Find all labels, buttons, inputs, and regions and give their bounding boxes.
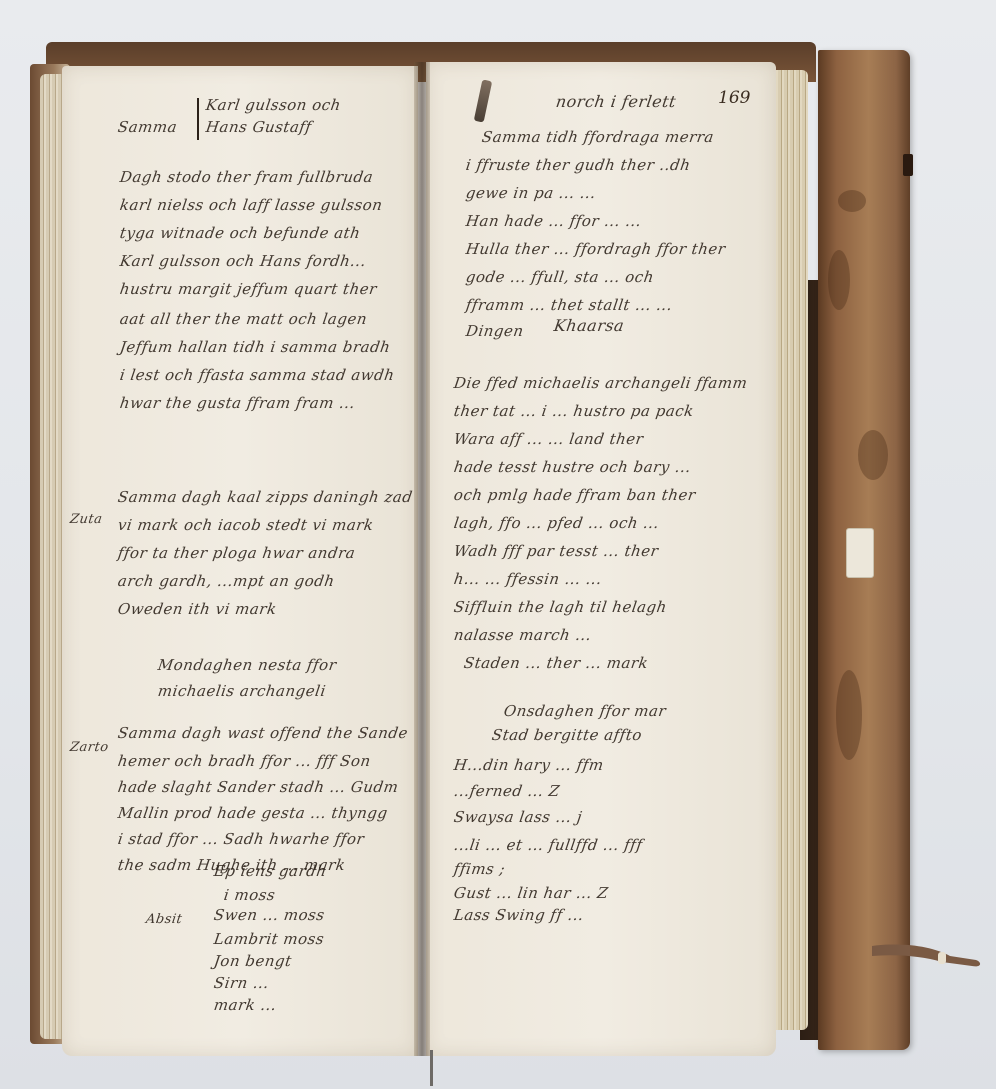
handwritten-line: H...din hary ... ffm: [453, 756, 605, 774]
handwritten-line: Oweden ith vi mark: [117, 600, 278, 618]
gutter: [414, 62, 430, 1056]
handwritten-line: aat all ther the matt och lagen: [119, 310, 369, 328]
handwritten-line: gewe in pa ... ...: [465, 184, 597, 202]
margin-note: Zarto: [69, 740, 110, 755]
handwritten-line: mark ...: [213, 996, 278, 1014]
handwritten-line: Dagh stodo ther fram fullbruda: [119, 168, 375, 186]
section-heading: Khaarsa: [553, 316, 626, 335]
handwritten-line: hemer och bradh ffor ... fff Son: [117, 752, 372, 770]
handwritten-line: i ffruste ther gudh ther ..dh: [465, 156, 692, 174]
handwritten-line: i moss: [223, 886, 277, 904]
handwritten-line: hade slaght Sander stadh ... Gudm: [117, 778, 400, 796]
handwritten-line: Samma dagh wast offend the Sande: [117, 724, 409, 742]
handwritten-line: Stad bergitte affto: [491, 726, 644, 744]
handwritten-line: tyga witnade och befunde ath: [119, 224, 362, 242]
margin-note: Samma: [117, 118, 179, 136]
handwritten-line: h... ... ffessin ... ...: [453, 570, 603, 588]
handwritten-line: Hulla ther ... ffordragh ffor ther: [465, 240, 727, 258]
handwritten-line: Mondaghen nesta ffor: [157, 656, 338, 674]
handwritten-line: ffor ta ther ploga hwar andra: [117, 544, 357, 562]
handwritten-line: ...ferned ... Z: [453, 782, 561, 800]
handwritten-line: i stad ffor ... Sadh hwarhe ffor: [117, 830, 366, 848]
handwritten-line: Gust ... lin har ... Z: [453, 884, 610, 902]
handwritten-line: Jeffum hallan tidh i samma bradh: [119, 338, 392, 356]
handwritten-line: Lambrit moss: [213, 930, 326, 948]
handwritten-line: Siffluin the lagh til helagh: [453, 598, 668, 616]
handwritten-line: ther tat ... i ... hustro pa pack: [453, 402, 695, 420]
margin-note: Zuta: [69, 512, 103, 527]
handwritten-line: hustru margit jeffum quart ther: [119, 280, 378, 298]
handwritten-line: Die ffed michaelis archangeli ffamm: [453, 374, 749, 392]
manuscript-photo: Samma Zuta Zarto Absit norch i ferlett 1…: [0, 0, 996, 1089]
handwritten-line: Mallin prod hade gesta ... thyngg: [117, 804, 389, 822]
handwritten-line: Wara aff ... ... land ther: [453, 430, 645, 448]
handwritten-line: gode ... ffull, sta ... och: [465, 268, 655, 286]
handwritten-line: ...li ... et ... fullffd ... fff: [453, 836, 644, 854]
handwritten-line: Han hade ... ffor ... ...: [465, 212, 643, 230]
handwritten-line: Hans Gustaff: [205, 118, 313, 136]
handwritten-line: Ep iens gardh: [213, 862, 328, 880]
folio-number: 169: [718, 88, 750, 108]
handwritten-line: nalasse march ...: [453, 626, 593, 644]
leather-tie: [872, 938, 984, 968]
page-header: norch i ferlett: [555, 92, 678, 111]
handwritten-line: arch gardh, ...mpt an godh: [117, 572, 336, 590]
handwritten-line: Staden ... ther ... mark: [463, 654, 650, 672]
handwritten-line: i lest och ffasta samma stad awdh: [119, 366, 396, 384]
margin-note: Absit: [145, 912, 183, 927]
handwritten-line: Dingen: [465, 322, 525, 340]
bookmark-ribbon: [430, 1050, 433, 1086]
handwritten-line: Lass Swing ff ...: [453, 906, 585, 924]
handwritten-line: Karl gulsson och Hans fordh...: [119, 252, 368, 270]
handwritten-line: vi mark och iacob stedt vi mark: [117, 516, 375, 534]
brace-mark: [197, 98, 199, 140]
handwritten-line: och pmlg hade ffram ban ther: [453, 486, 697, 504]
handwritten-line: Samma tidh ffordraga merra: [481, 128, 715, 146]
handwritten-line: karl nielss och laff lasse gulsson: [119, 196, 384, 214]
handwritten-line: hwar the gusta ffram fram ...: [119, 394, 357, 412]
handwritten-line: fframm ... thet stallt ... ...: [465, 296, 674, 314]
handwritten-line: Sirn ...: [213, 974, 271, 992]
handwritten-line: Onsdaghen ffor mar: [503, 702, 668, 720]
handwritten-line: hade tesst hustre och bary ...: [453, 458, 692, 476]
paper-tag: [846, 528, 874, 578]
handwritten-line: Wadh fff par tesst ... ther: [453, 542, 660, 560]
handwritten-line: Swen ... moss: [213, 906, 326, 924]
handwritten-line: Swaysa lass ... j: [453, 808, 584, 826]
handwritten-line: lagh, ffo ... pfed ... och ...: [453, 514, 661, 532]
handwritten-line: Jon bengt: [213, 952, 293, 970]
handwritten-line: Karl gulsson och: [205, 96, 342, 114]
handwritten-line: Samma dagh kaal zipps daningh zad: [117, 488, 414, 506]
clasp-tab: [903, 154, 913, 176]
handwritten-line: michaelis archangeli: [157, 682, 327, 700]
handwritten-line: ffims ;: [453, 860, 507, 878]
